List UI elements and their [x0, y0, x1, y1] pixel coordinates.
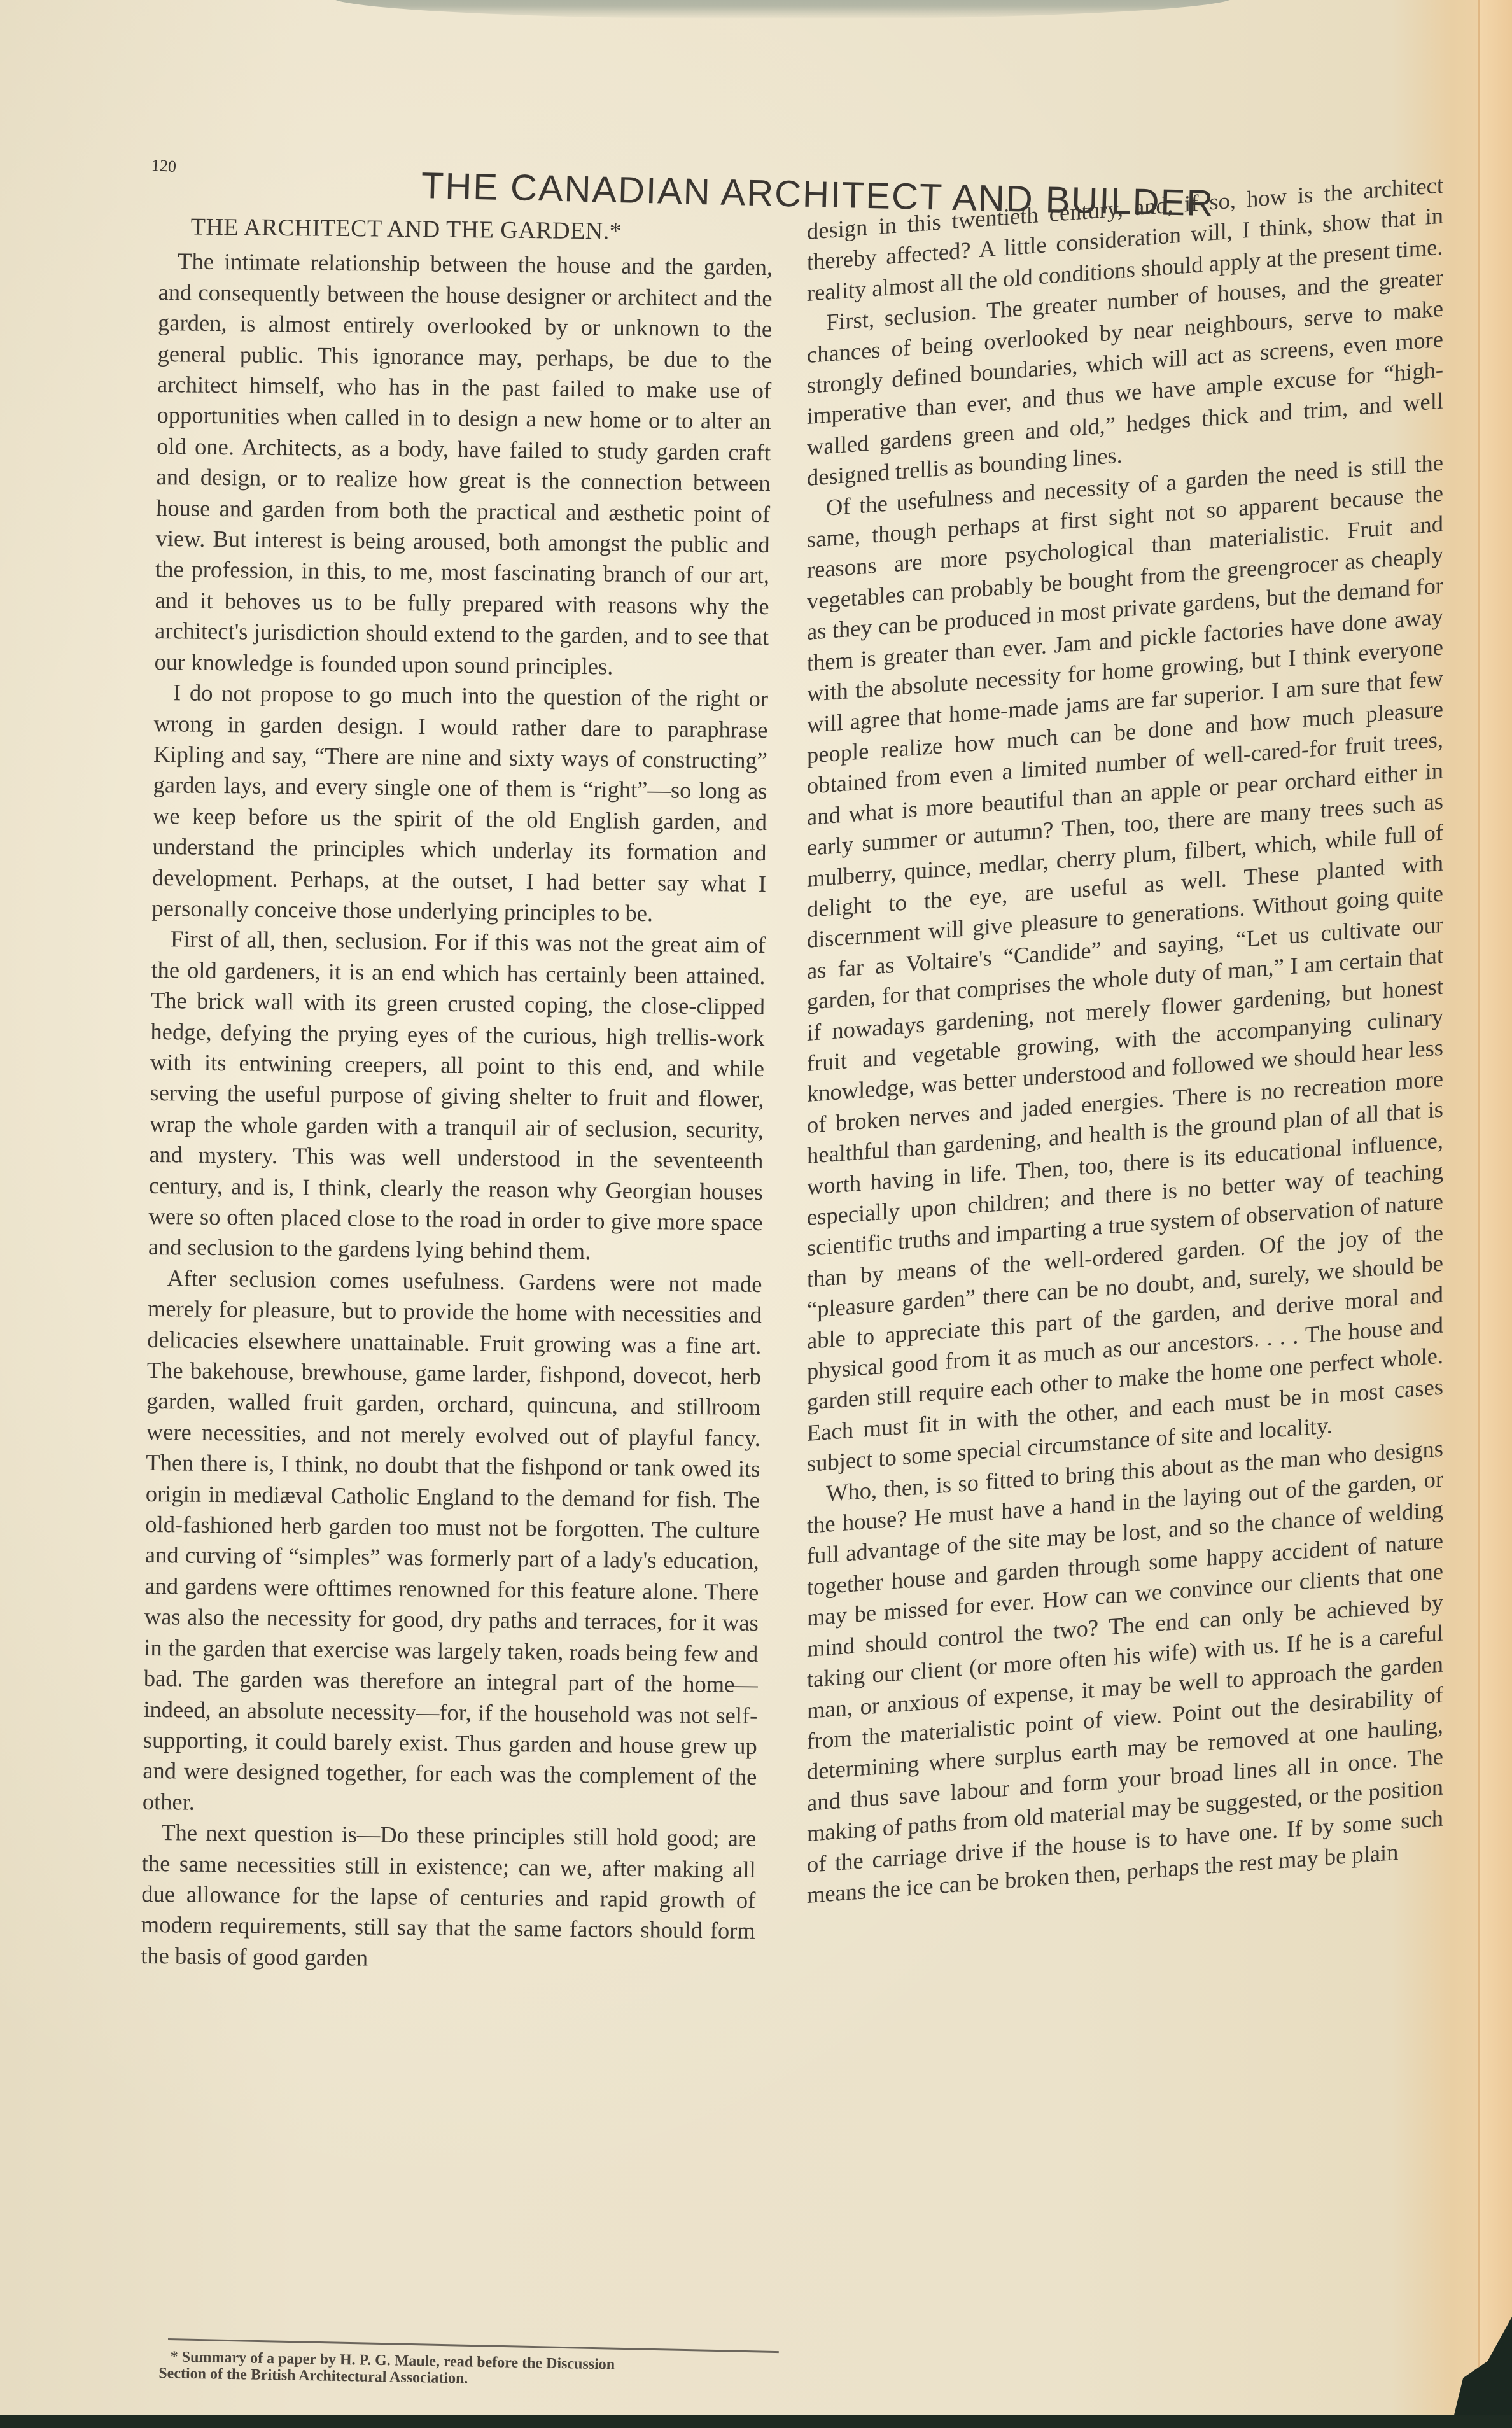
adjacent-page-edge: [1480, 0, 1512, 2428]
right-column: design in this twentieth century, and, i…: [807, 216, 1443, 1911]
paragraph: After seclusion comes usefulness. Garden…: [143, 1263, 762, 1823]
scanned-page: 120 THE CANADIAN ARCHITECT AND BUILDER T…: [0, 0, 1512, 2428]
paragraph: The intimate relationship between the ho…: [154, 246, 773, 684]
paragraph: Who, then, is so fitted to bring this ab…: [807, 1433, 1443, 1911]
paragraph: Of the usefulness and necessity of a gar…: [807, 447, 1443, 1479]
footnote: * Summary of a paper by H. P. G. Maule, …: [158, 2348, 780, 2392]
page-number: 120: [151, 156, 177, 177]
right-column-body: design in this twentieth century, and, i…: [807, 170, 1443, 1911]
left-column: THE ARCHITECT AND THE GARDEN.* The intim…: [141, 211, 773, 1977]
paragraph: The next question is—Do these principles…: [141, 1817, 756, 1977]
paragraph: First of all, then, seclusion. For if th…: [148, 923, 766, 1269]
overlay-shadow: [331, 0, 1235, 19]
article-title: THE ARCHITECT AND THE GARDEN.*: [158, 211, 773, 249]
paragraph: I do not propose to go much into the que…: [151, 677, 768, 930]
bottom-shadow: [0, 2415, 1512, 2428]
